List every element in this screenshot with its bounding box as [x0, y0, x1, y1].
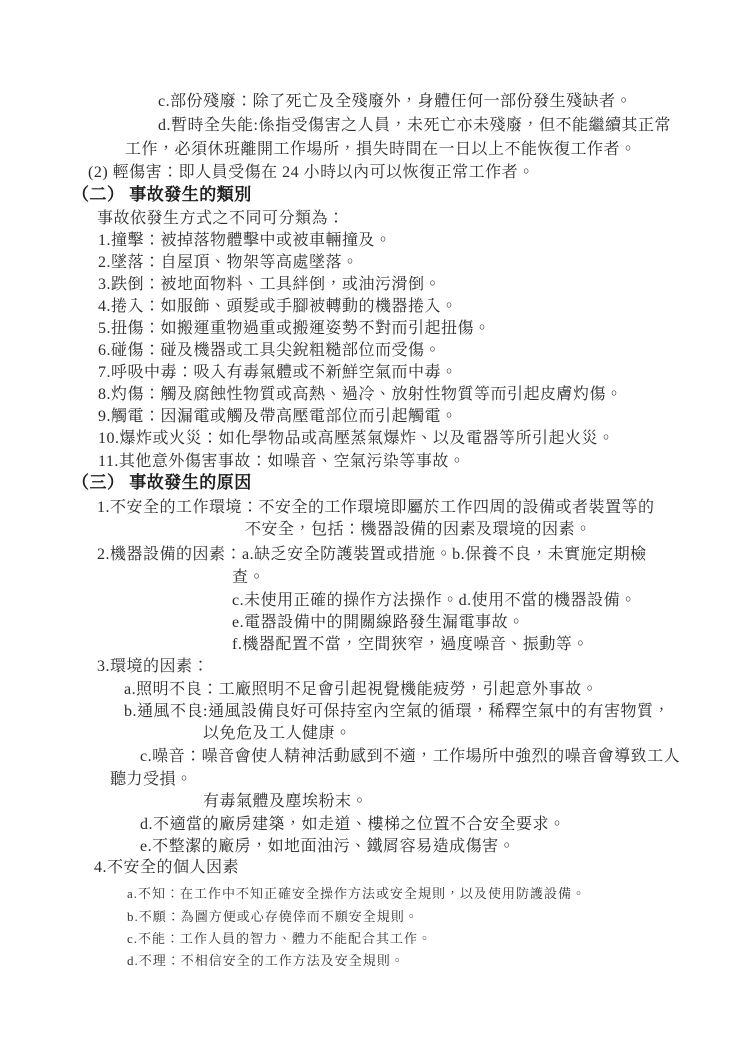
text-line: 查。: [232, 568, 265, 588]
text-line: c.未使用正確的操作方法操作。d.使用不當的機器設備。: [232, 591, 637, 611]
text-line: d.不適當的廠房建築，如走道、樓梯之位置不合安全要求。: [140, 815, 566, 835]
section-heading: （二） 事故發生的類別: [72, 185, 252, 205]
text-line: c.不能：工作人員的智力、體力不能配合其工作。: [127, 929, 432, 949]
text-line: e.不整潔的廠房，如地面油污、鐵屑容易造成傷害。: [140, 837, 515, 857]
text-line: (2) 輕傷害：即人員受傷在 24 小時以內可以恢復正常工作者。: [88, 163, 535, 183]
text-line: 3.跌倒：被地面物料、工具絆倒，或油污滑倒。: [98, 275, 441, 295]
text-line: b.通風不良:通風設備良好可保持室內空氣的循環，稀釋空氣中的有害物質，: [124, 702, 670, 722]
text-line: c.噪音：噪音會使人精神活動感到不適，工作場所中強烈的噪音會導致工人: [140, 747, 680, 767]
text-line: d.不理：不相信安全的工作方法及安全規則。: [127, 951, 405, 971]
text-line: b.不願：為圖方便或心存僥倖而不願安全規則。: [127, 907, 419, 927]
text-line: 9.觸電：因漏電或觸及帶高壓電部位而引起觸電。: [98, 407, 458, 427]
text-line: 4.不安全的個人因素: [94, 858, 239, 878]
text-line: 4.捲入：如服飾、頭髮或手腳被轉動的機器捲入。: [98, 297, 458, 317]
text-line: e.電器設備中的開關線路發生漏電事故。: [232, 613, 525, 633]
text-line: 1.撞擊：被掉落物體擊中或被車輛撞及。: [98, 231, 392, 251]
text-line: 2.墜落：自屋頂、物架等高處墜落。: [98, 253, 359, 273]
text-line: f.機器配置不當，空間狹窄，過度噪音、振動等。: [232, 635, 589, 655]
text-line: 2.機器設備的因素：a.缺乏安全防護裝置或措施。b.保養不良，未實施定期檢: [97, 545, 647, 565]
text-line: 8.灼傷：觸及腐蝕性物質或高熱、過冷、放射性物質等而引起皮膚灼傷。: [98, 385, 623, 405]
text-line: 3.環境的因素：: [97, 657, 209, 677]
text-line: 10.爆炸或火災：如化學物品或高壓蒸氣爆炸、以及電器等所引起火災。: [98, 429, 615, 449]
text-line: 事故依發生方式之不同可分類為：: [97, 209, 345, 229]
section-heading: （三） 事故發生的原因: [72, 473, 252, 493]
text-line: 工作，必須休班離開工作場所，損失時間在一日以上不能恢復工作者。: [125, 140, 637, 160]
text-line: c.部份殘廢：除了死亡及全殘廢外，身體任何一部份發生殘缺者。: [158, 92, 632, 112]
text-line: a.不知：在工作中不知正確安全操作方法或安全規則，以及使用防護設備。: [127, 884, 586, 904]
text-line: a.照明不良：工廠照明不足會引起視覺機能疲勞，引起意外事故。: [124, 680, 598, 700]
text-line: 以免危及工人健康。: [203, 724, 352, 744]
text-line: 1.不安全的工作環境：不安全的工作環境即屬於工作四周的設備或者裝置等的: [97, 498, 655, 518]
text-line: 有毒氣體及塵埃粉末。: [203, 792, 368, 812]
text-line: 11.其他意外傷害事故：如噪音、空氣污染等事故。: [98, 452, 465, 472]
text-line: d.暫時全失能:係指受傷害之人員，未死亡亦未殘廢，但不能繼續其正常: [158, 116, 671, 136]
text-line: 不安全，包括：機器設備的因素及環境的因素。: [245, 520, 592, 540]
text-line: 6.碰傷：碰及機器或工具尖銳粗糙部位而受傷。: [98, 341, 441, 361]
text-line: 聽力受損。: [110, 770, 193, 790]
text-line: 7.呼吸中毒：吸入有毒氣體或不新鮮空氣而中毒。: [98, 363, 458, 383]
text-line: 5.扭傷：如搬運重物過重或搬運姿勢不對而引起扭傷。: [98, 319, 491, 339]
document-page: c.部份殘廢：除了死亡及全殘廢外，身體任何一部份發生殘缺者。d.暫時全失能:係指…: [0, 0, 744, 1052]
